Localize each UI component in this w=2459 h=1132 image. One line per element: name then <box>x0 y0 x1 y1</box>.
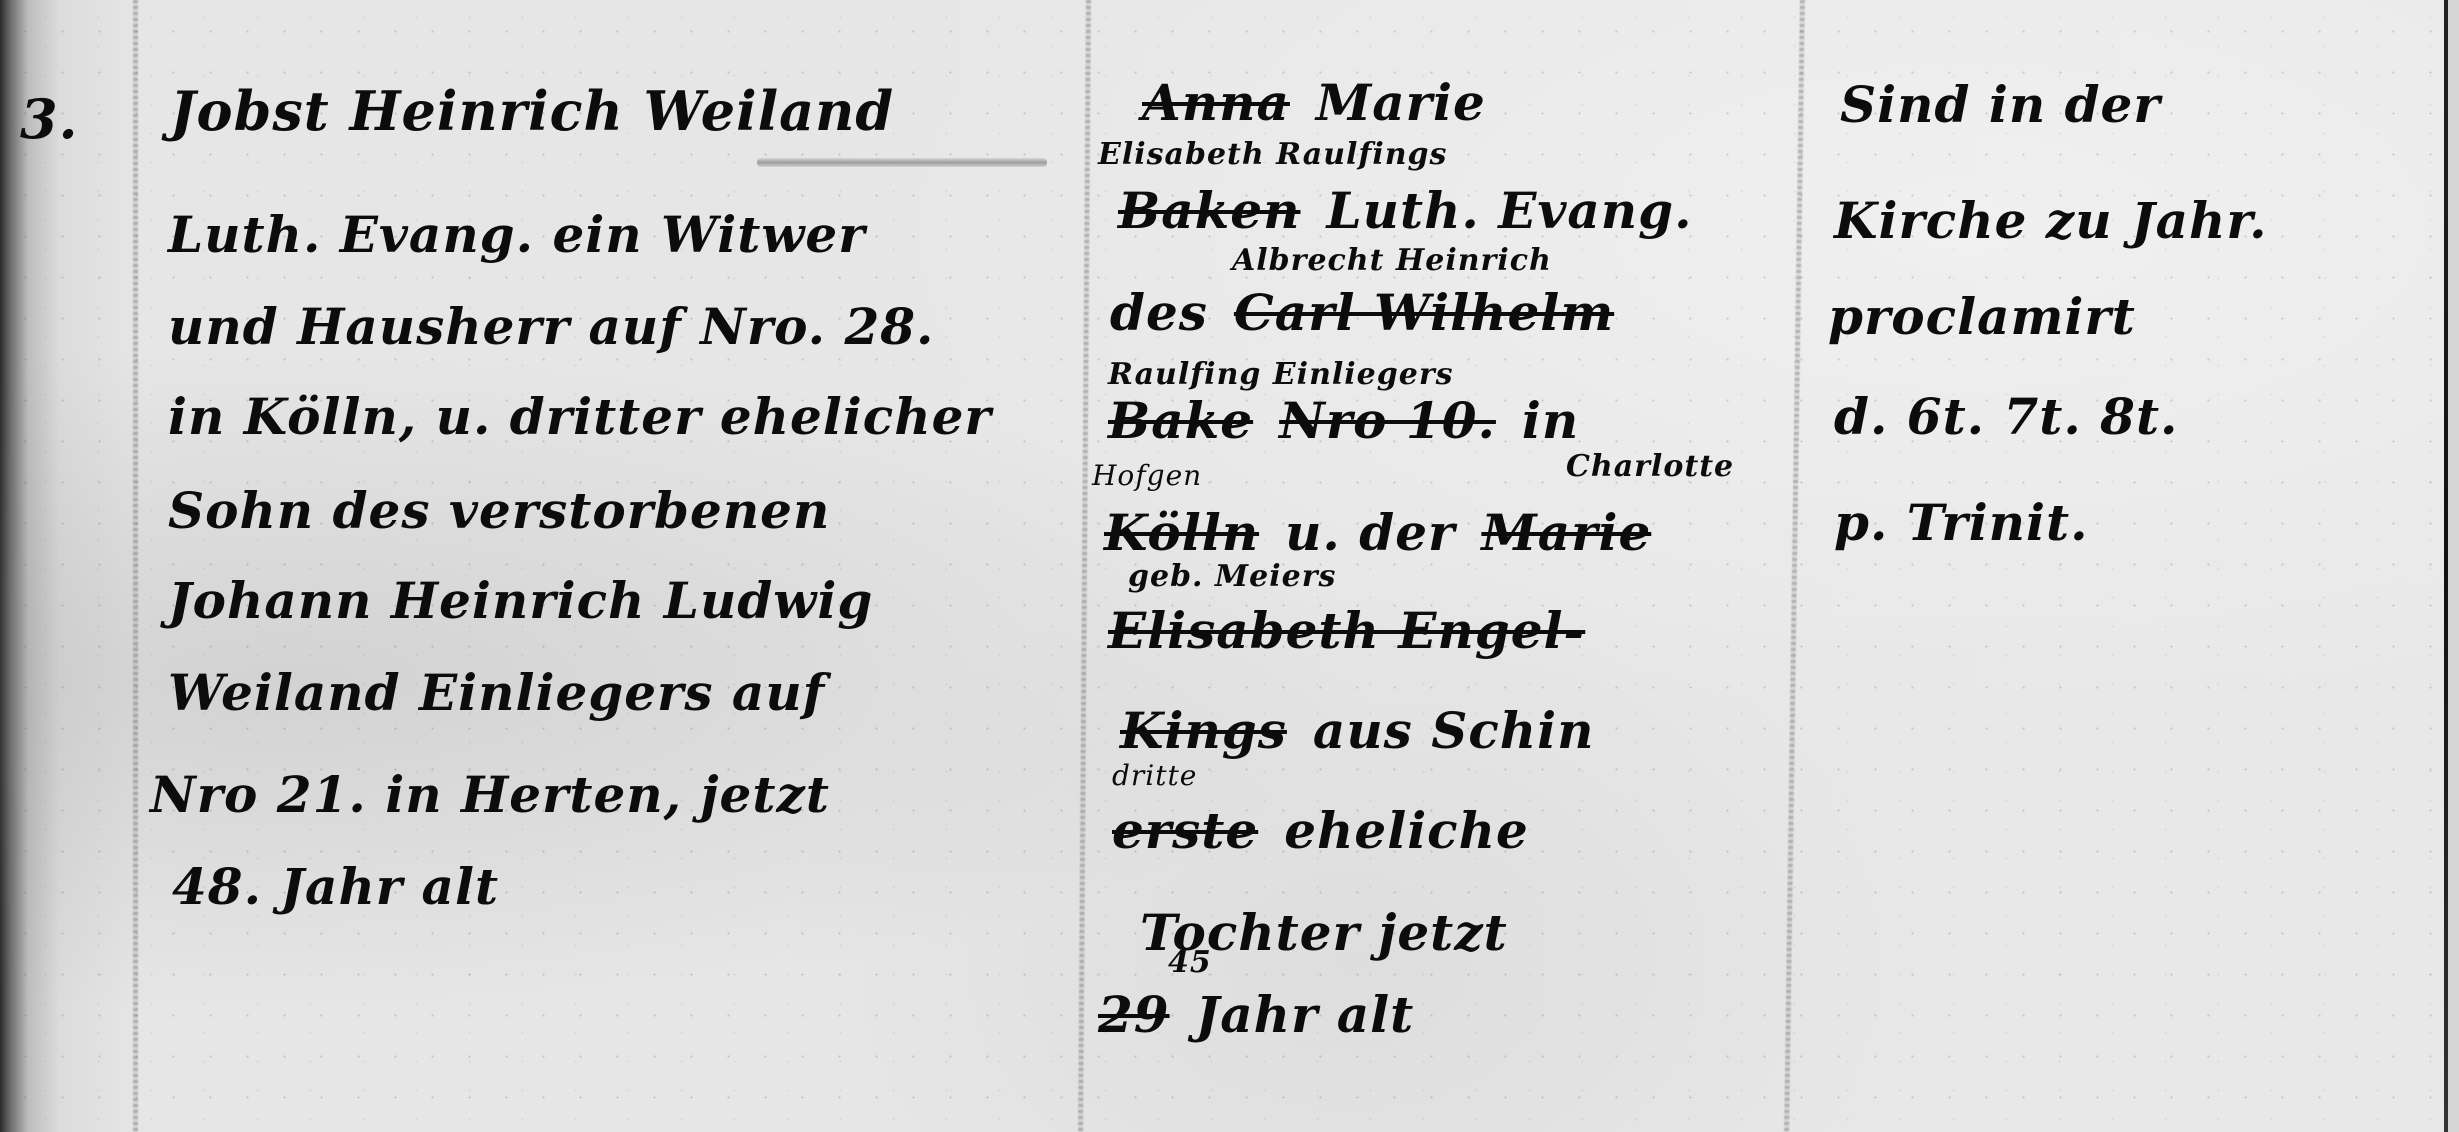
bride-interlinear-4: geb. Meiers <box>1128 562 1336 592</box>
bride-line-8: Kings aus Schin <box>1120 706 1594 756</box>
column-rule-number <box>133 0 138 1132</box>
pencil-underline-mark <box>757 158 1047 167</box>
struck-word: Marie <box>1481 508 1651 558</box>
groom-line-3: und Hausherr auf Nro. 28. <box>168 302 934 352</box>
groom-line-5: Sohn des verstorbenen <box>168 486 830 536</box>
struck-age: 29 <box>1098 990 1170 1040</box>
groom-line-7: Weiland Einliegers auf <box>168 668 825 718</box>
column-rule-bride-remarks <box>1784 0 1805 1132</box>
remarks-line-3: proclamirt <box>1828 292 2136 342</box>
groom-line-6: Johann Heinrich Ludwig <box>168 576 873 626</box>
remarks-line-5: p. Trinit. <box>1834 498 2089 548</box>
origin-text: aus Schin <box>1313 706 1595 756</box>
struck-word: Carl Wilhelm <box>1234 288 1614 338</box>
bride-given-name: Marie <box>1316 78 1486 128</box>
struck-word: Kölln <box>1104 508 1259 558</box>
bride-line-2: Baken Luth. Evang. <box>1118 186 1693 236</box>
conjunction-text: u. der <box>1285 508 1455 558</box>
groom-line-8: Nro 21. in Herten, jetzt <box>150 770 830 820</box>
bride-line-5: Bake Nro 10. in <box>1108 396 1579 446</box>
bride-interlinear-3a: Hofgen <box>1092 462 1202 490</box>
age-text: Jahr alt <box>1196 990 1415 1040</box>
age-correction: 45 <box>1168 948 1212 978</box>
struck-word: Baken <box>1118 186 1300 236</box>
bride-interlinear-2: Albrecht Heinrich <box>1232 246 1552 276</box>
bride-interlinear-1: Elisabeth Raulfings <box>1098 140 1447 170</box>
groom-line-4: in Kölln, u. dritter ehelicher <box>168 392 992 442</box>
bride-line-6: Kölln u. der Marie <box>1104 508 1651 558</box>
remarks-line-4: d. 6t. 7t. 8t. <box>1834 392 2178 442</box>
article-text: des <box>1110 288 1208 338</box>
page-margin <box>2448 0 2459 1132</box>
struck-word: Kings <box>1120 706 1287 756</box>
bride-line-7: Elisabeth Engel- <box>1108 606 1585 656</box>
bride-line-4: Raulfing Einliegers <box>1108 360 1454 390</box>
groom-line-2: Luth. Evang. ein Witwer <box>168 210 866 260</box>
entry-number: 3. <box>20 92 78 146</box>
bride-interlinear-5: dritte <box>1112 762 1197 790</box>
bride-line-9: erste eheliche <box>1112 806 1529 856</box>
remarks-line-2: Kirche zu Jahr. <box>1834 196 2268 246</box>
struck-word: Anna <box>1142 78 1290 128</box>
remarks-line-1: Sind in der <box>1840 80 2161 130</box>
struck-word: Bake <box>1108 396 1253 446</box>
bride-interlinear-3b: Charlotte <box>1566 452 1734 482</box>
groom-name-line: Jobst Heinrich Weiland <box>170 84 894 138</box>
register-page: 3. Jobst Heinrich Weiland Luth. Evang. e… <box>0 0 2459 1132</box>
struck-word: erste <box>1112 806 1258 856</box>
struck-word: Nro 10. <box>1279 396 1496 446</box>
column-rule-groom-bride <box>1078 0 1091 1132</box>
bride-line-11: 29 Jahr alt <box>1098 990 1414 1040</box>
confession-text: Luth. Evang. <box>1326 186 1692 236</box>
groom-line-9: 48. Jahr alt <box>172 862 499 912</box>
bride-line-1: Anna Marie <box>1142 78 1486 128</box>
bride-line-3: des Carl Wilhelm <box>1110 288 1614 338</box>
legitimacy-text: eheliche <box>1284 806 1529 856</box>
preposition-text: in <box>1522 396 1579 446</box>
